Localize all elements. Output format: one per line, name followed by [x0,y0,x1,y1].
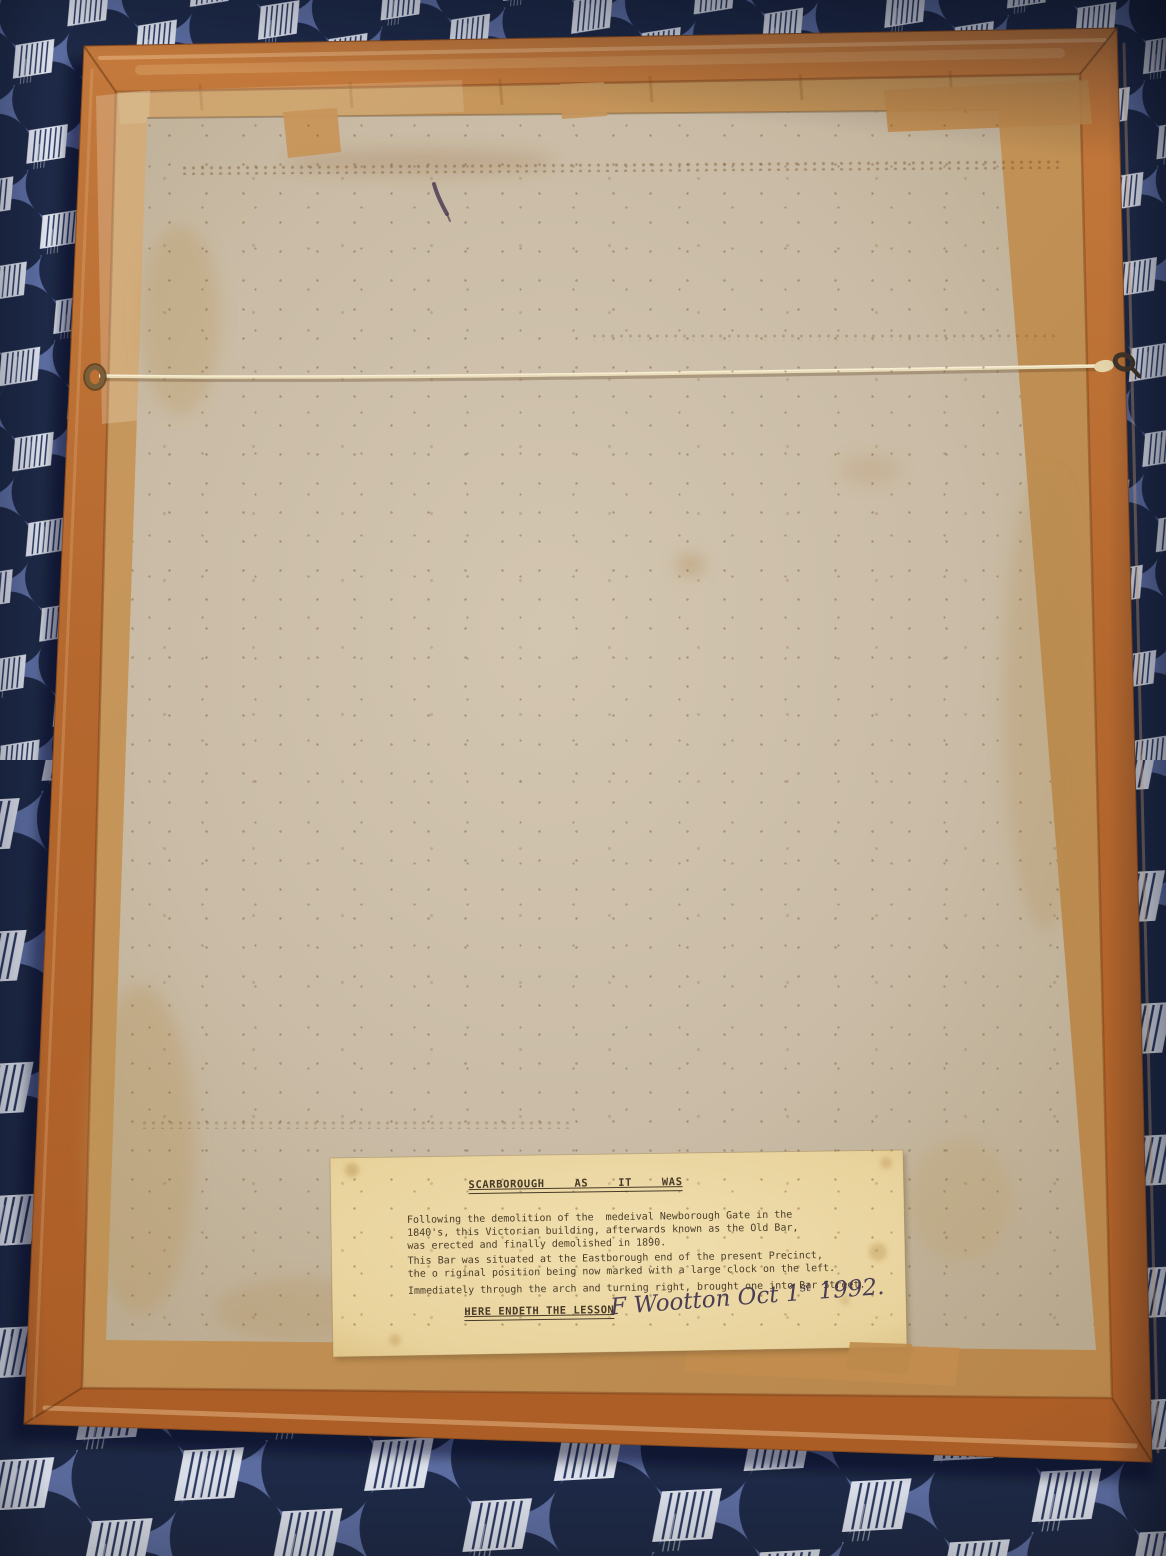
photo-frame-back-scene: SCARBOROUGH AS IT WAS Following the demo… [0,0,1166,1556]
masking-tape-tab-top-center [283,108,341,158]
scene-artwork [0,0,1166,1556]
masking-tape-tab-top-middle [560,82,607,119]
typed-label-paper [330,1150,907,1357]
tape-over-label-corner [846,1342,912,1374]
